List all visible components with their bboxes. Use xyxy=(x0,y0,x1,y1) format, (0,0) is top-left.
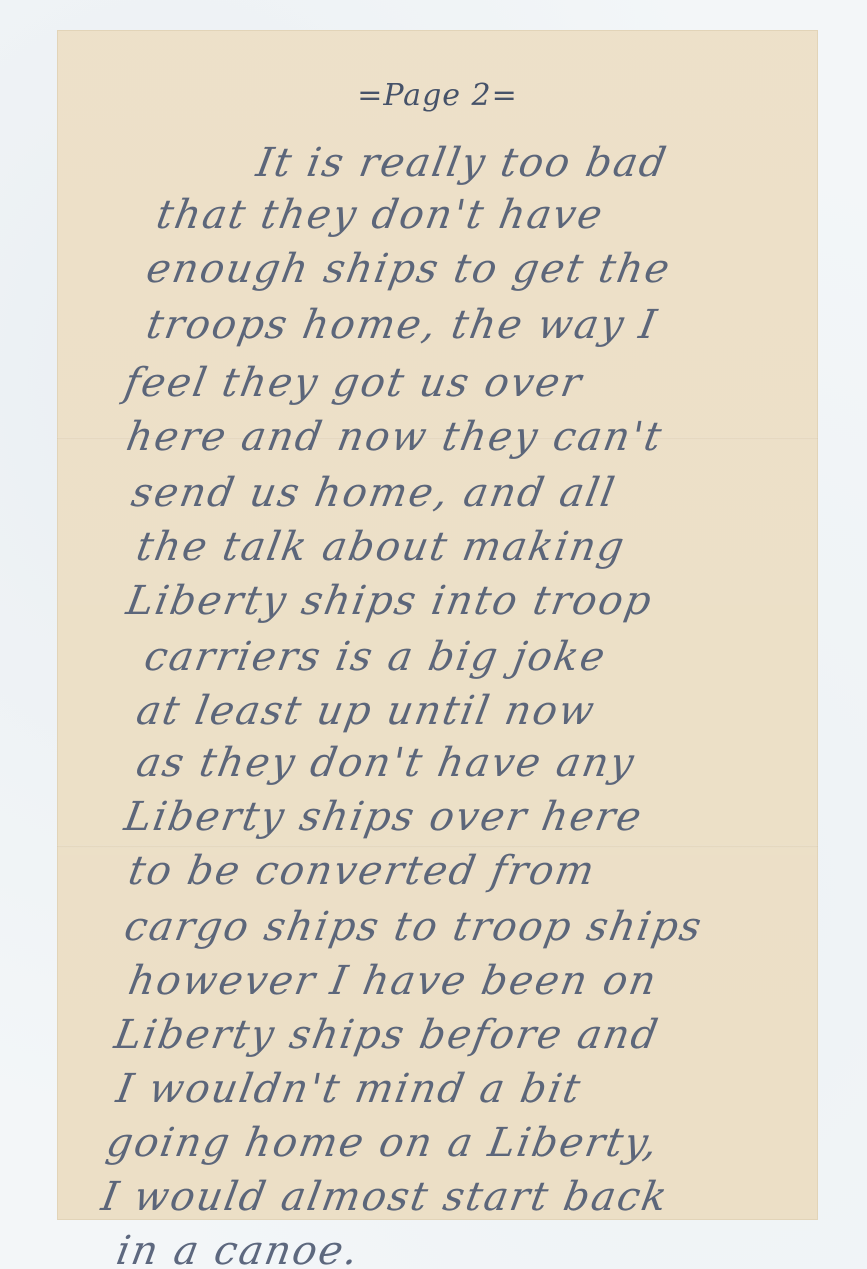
letter-page: =Page 2= It is really too bad that they … xyxy=(57,30,818,1220)
letter-line: here and now they can't xyxy=(123,414,667,460)
letter-line: send us home, and all xyxy=(128,470,620,516)
letter-line: enough ships to get the xyxy=(143,246,675,292)
letter-line: It is really too bad xyxy=(253,140,671,186)
letter-line: Liberty ships before and xyxy=(111,1012,663,1058)
letter-line: the talk about making xyxy=(133,524,629,570)
letter-line: that they don't have xyxy=(153,192,608,238)
letter-line: I wouldn't mind a bit xyxy=(113,1066,586,1112)
letter-line: in a canoe. xyxy=(113,1228,363,1269)
letter-line: at least up until now xyxy=(133,688,599,734)
page-number-header: =Page 2= xyxy=(57,78,818,113)
letter-line: however I have been on xyxy=(125,958,661,1004)
letter-line: feel they got us over xyxy=(121,360,587,406)
letter-line: to be converted from xyxy=(125,848,600,894)
letter-line: I would almost start back xyxy=(98,1174,672,1220)
letter-line: going home on a Liberty, xyxy=(103,1120,663,1166)
letter-line: as they don't have any xyxy=(133,740,639,786)
letter-line: troops home, the way I xyxy=(143,302,662,348)
letter-line: carriers is a big joke xyxy=(141,634,610,680)
letter-line: Liberty ships over here xyxy=(121,794,647,840)
letter-line: Liberty ships into troop xyxy=(123,578,657,624)
letter-line: cargo ships to troop ships xyxy=(121,904,707,950)
